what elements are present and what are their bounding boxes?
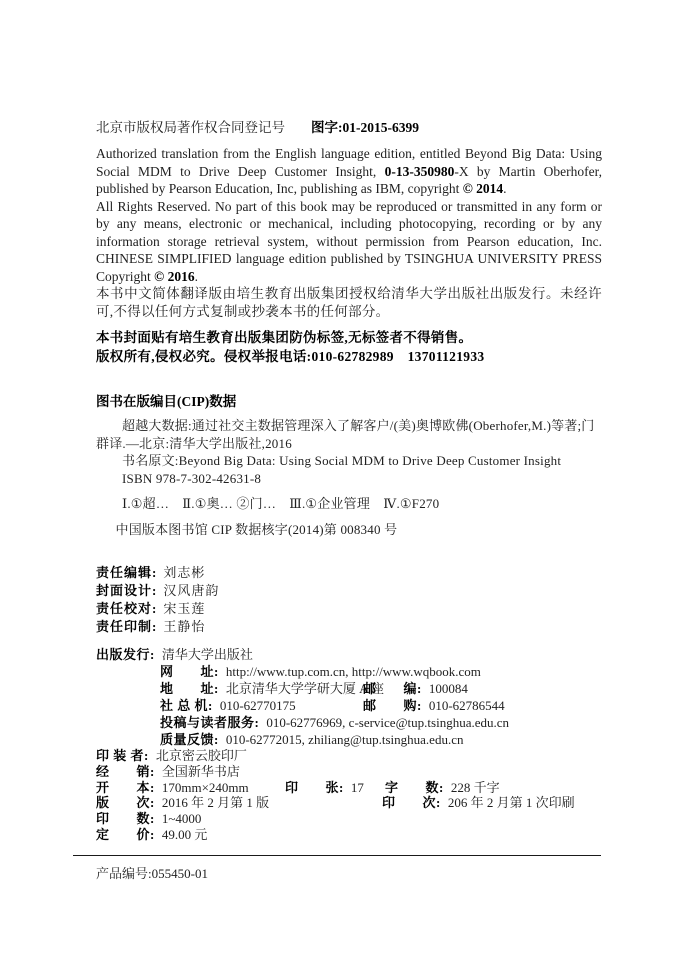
credit-row-cover-design: 封面设计:汉风唐韵 xyxy=(96,582,602,600)
authorization-paragraph-en: Authorized translation from the English … xyxy=(96,145,602,198)
address-row: 地 址:北京清华大学学研大厦 A 座 邮 编:100084 xyxy=(96,680,602,697)
field-value: 49.00 元 xyxy=(162,827,208,842)
website-row: 网 址:http://www.tup.com.cn, http://www.wq… xyxy=(96,663,602,680)
field-label: 开 本: xyxy=(96,780,155,795)
field-value: 刘志彬 xyxy=(163,565,205,580)
field-label: 印 数: xyxy=(96,811,155,826)
field-value: 王静怡 xyxy=(163,619,205,634)
field-label: 定 价: xyxy=(96,827,155,842)
credit-row-editor: 责任编辑:刘志彬 xyxy=(96,564,602,582)
divider-rule xyxy=(73,855,601,856)
field-value: 宋玉莲 xyxy=(163,601,205,616)
notices-block: 本书封面贴有培生教育出版集团防伪标签,无标签者不得销售。 版权所有,侵权必究。侵… xyxy=(96,329,602,366)
anti-counterfeit-notice: 本书封面贴有培生教育出版集团防伪标签,无标签者不得销售。 xyxy=(96,329,602,348)
field-value: 清华大学出版社 xyxy=(162,647,253,662)
field-label: 经 销: xyxy=(96,764,155,779)
field-value: 1~4000 xyxy=(162,811,202,826)
copyright-2014: © 2014 xyxy=(463,181,503,196)
field-label: 印 次: xyxy=(382,795,441,810)
copyright-2016: © 2016 xyxy=(154,269,194,284)
field-label: 网 址: xyxy=(160,664,219,679)
field-value: 100084 xyxy=(429,681,468,696)
printing-block: 印 装 者:北京密云胶印厂 经 销:全国新华书店 开 本:170mm×240mm… xyxy=(96,748,602,843)
field-value: 010-62772015, zhiliang@tup.tsinghua.edu.… xyxy=(226,732,464,747)
field-value: 206 年 2 月第 1 次印刷 xyxy=(448,795,575,810)
registration-number: 图字:01-2015-6399 xyxy=(311,120,419,135)
period-2: . xyxy=(195,269,198,284)
field-value: 全国新华书店 xyxy=(162,764,240,779)
registration-text: 北京市版权局著作权合同登记号 xyxy=(96,120,285,135)
field-value: 228 千字 xyxy=(451,780,500,795)
field-value: 010-62786544 xyxy=(429,698,505,713)
field-value: 010-62770175 xyxy=(220,698,296,713)
impression-cell: 印 次:206 年 2 月第 1 次印刷 xyxy=(382,795,575,811)
field-value: 汉风唐韵 xyxy=(163,583,219,598)
field-value: 170mm×240mm xyxy=(162,780,249,795)
copyright-warning-notice: 版权所有,侵权必究。侵权举报电话:010-62782989 1370112193… xyxy=(96,348,602,367)
field-label: 质量反馈: xyxy=(160,732,219,747)
field-label: 社 总 机: xyxy=(160,698,213,713)
postcode-cell: 邮 编:100084 xyxy=(363,680,468,697)
book-copyright-page: 北京市版权局著作权合同登记号图字:01-2015-6399 Authorized… xyxy=(0,0,693,968)
field-value: 2016 年 2 月第 1 版 xyxy=(162,795,269,810)
product-number: 产品编号:055450-01 xyxy=(96,865,602,882)
word-count-cell: 字 数:228 千字 xyxy=(385,780,500,796)
chinese-authorization-statement: 本书中文简体翻译版由培生教育出版集团授权给清华大学出版社出版发行。未经许可,不得… xyxy=(96,285,602,320)
sheets-cell: 印 张:17 xyxy=(285,780,364,796)
quality-feedback-row: 质量反馈:010-62772015, zhiliang@tup.tsinghua… xyxy=(96,731,602,748)
price-row: 定 价:49.00 元 xyxy=(96,827,602,843)
field-label: 地 址: xyxy=(160,681,219,696)
cip-isbn: ISBN 978-7-302-42631-8 xyxy=(96,470,602,488)
field-value: 北京清华大学学研大厦 A 座 xyxy=(226,681,384,696)
publisher-row: 出版发行:清华大学出版社 xyxy=(96,646,602,663)
publisher-block: 出版发行:清华大学出版社 网 址:http://www.tup.com.cn, … xyxy=(96,646,602,748)
field-value: 010-62776969, c-service@tup.tsinghua.edu… xyxy=(266,715,509,730)
printer-row: 印 装 者:北京密云胶印厂 xyxy=(96,748,602,764)
source-isbn: 0-13-350980 xyxy=(385,164,455,179)
page-content: 北京市版权局著作权合同登记号图字:01-2015-6399 Authorized… xyxy=(96,119,602,882)
rights-paragraph-en: All Rights Reserved. No part of this boo… xyxy=(96,198,602,286)
mail-order-cell: 邮 购:010-62786544 xyxy=(363,697,505,714)
field-label: 邮 编: xyxy=(363,681,422,696)
field-value: http://www.tup.com.cn, http://www.wqbook… xyxy=(226,664,481,679)
field-value: 17 xyxy=(351,780,364,795)
field-label: 字 数: xyxy=(385,780,444,795)
credits-block: 责任编辑:刘志彬 封面设计:汉风唐韵 责任校对:宋玉莲 责任印制:王静怡 xyxy=(96,564,602,636)
credit-row-proofreader: 责任校对:宋玉莲 xyxy=(96,600,602,618)
format-row: 开 本:170mm×240mm 印 张:17 字 数:228 千字 xyxy=(96,780,602,796)
field-label: 投稿与读者服务: xyxy=(160,715,259,730)
cip-classification: Ⅰ.①超… Ⅱ.①奥… ②门… Ⅲ.①企业管理 Ⅳ.①F270 xyxy=(96,495,602,513)
field-label: 印 装 者: xyxy=(96,748,149,763)
reader-service-row: 投稿与读者服务:010-62776969, c-service@tup.tsin… xyxy=(96,714,602,731)
field-label: 责任编辑: xyxy=(96,565,157,580)
field-label: 封面设计: xyxy=(96,583,157,598)
field-label: 印 张: xyxy=(285,780,344,795)
copyright-registration-line: 北京市版权局著作权合同登记号图字:01-2015-6399 xyxy=(96,119,602,136)
cip-entry: 超越大数据:通过社交主数据管理深入了解客户/(美)奥博欧佛(Oberhofer,… xyxy=(96,417,602,452)
cip-record-number: 中国版本图书馆 CIP 数据核字(2014)第 008340 号 xyxy=(96,521,602,539)
field-label: 出版发行: xyxy=(96,647,155,662)
switchboard-row: 社 总 机:010-62770175 邮 购:010-62786544 xyxy=(96,697,602,714)
cip-section: 图书在版编目(CIP)数据 超越大数据:通过社交主数据管理深入了解客户/(美)奥… xyxy=(96,393,602,538)
field-label: 版 次: xyxy=(96,795,155,810)
cip-original-title: 书名原文:Beyond Big Data: Using Social MDM t… xyxy=(96,452,602,470)
distributor-row: 经 销:全国新华书店 xyxy=(96,764,602,780)
cip-header: 图书在版编目(CIP)数据 xyxy=(96,393,602,410)
field-label: 责任印制: xyxy=(96,619,157,634)
credit-row-print-supervisor: 责任印制:王静怡 xyxy=(96,618,602,636)
field-label: 责任校对: xyxy=(96,601,157,616)
field-value: 北京密云胶印厂 xyxy=(156,748,247,763)
edition-row: 版 次:2016 年 2 月第 1 版 印 次:206 年 2 月第 1 次印刷 xyxy=(96,795,602,811)
print-run-row: 印 数:1~4000 xyxy=(96,811,602,827)
field-label: 邮 购: xyxy=(363,698,422,713)
period-1: . xyxy=(503,181,506,196)
